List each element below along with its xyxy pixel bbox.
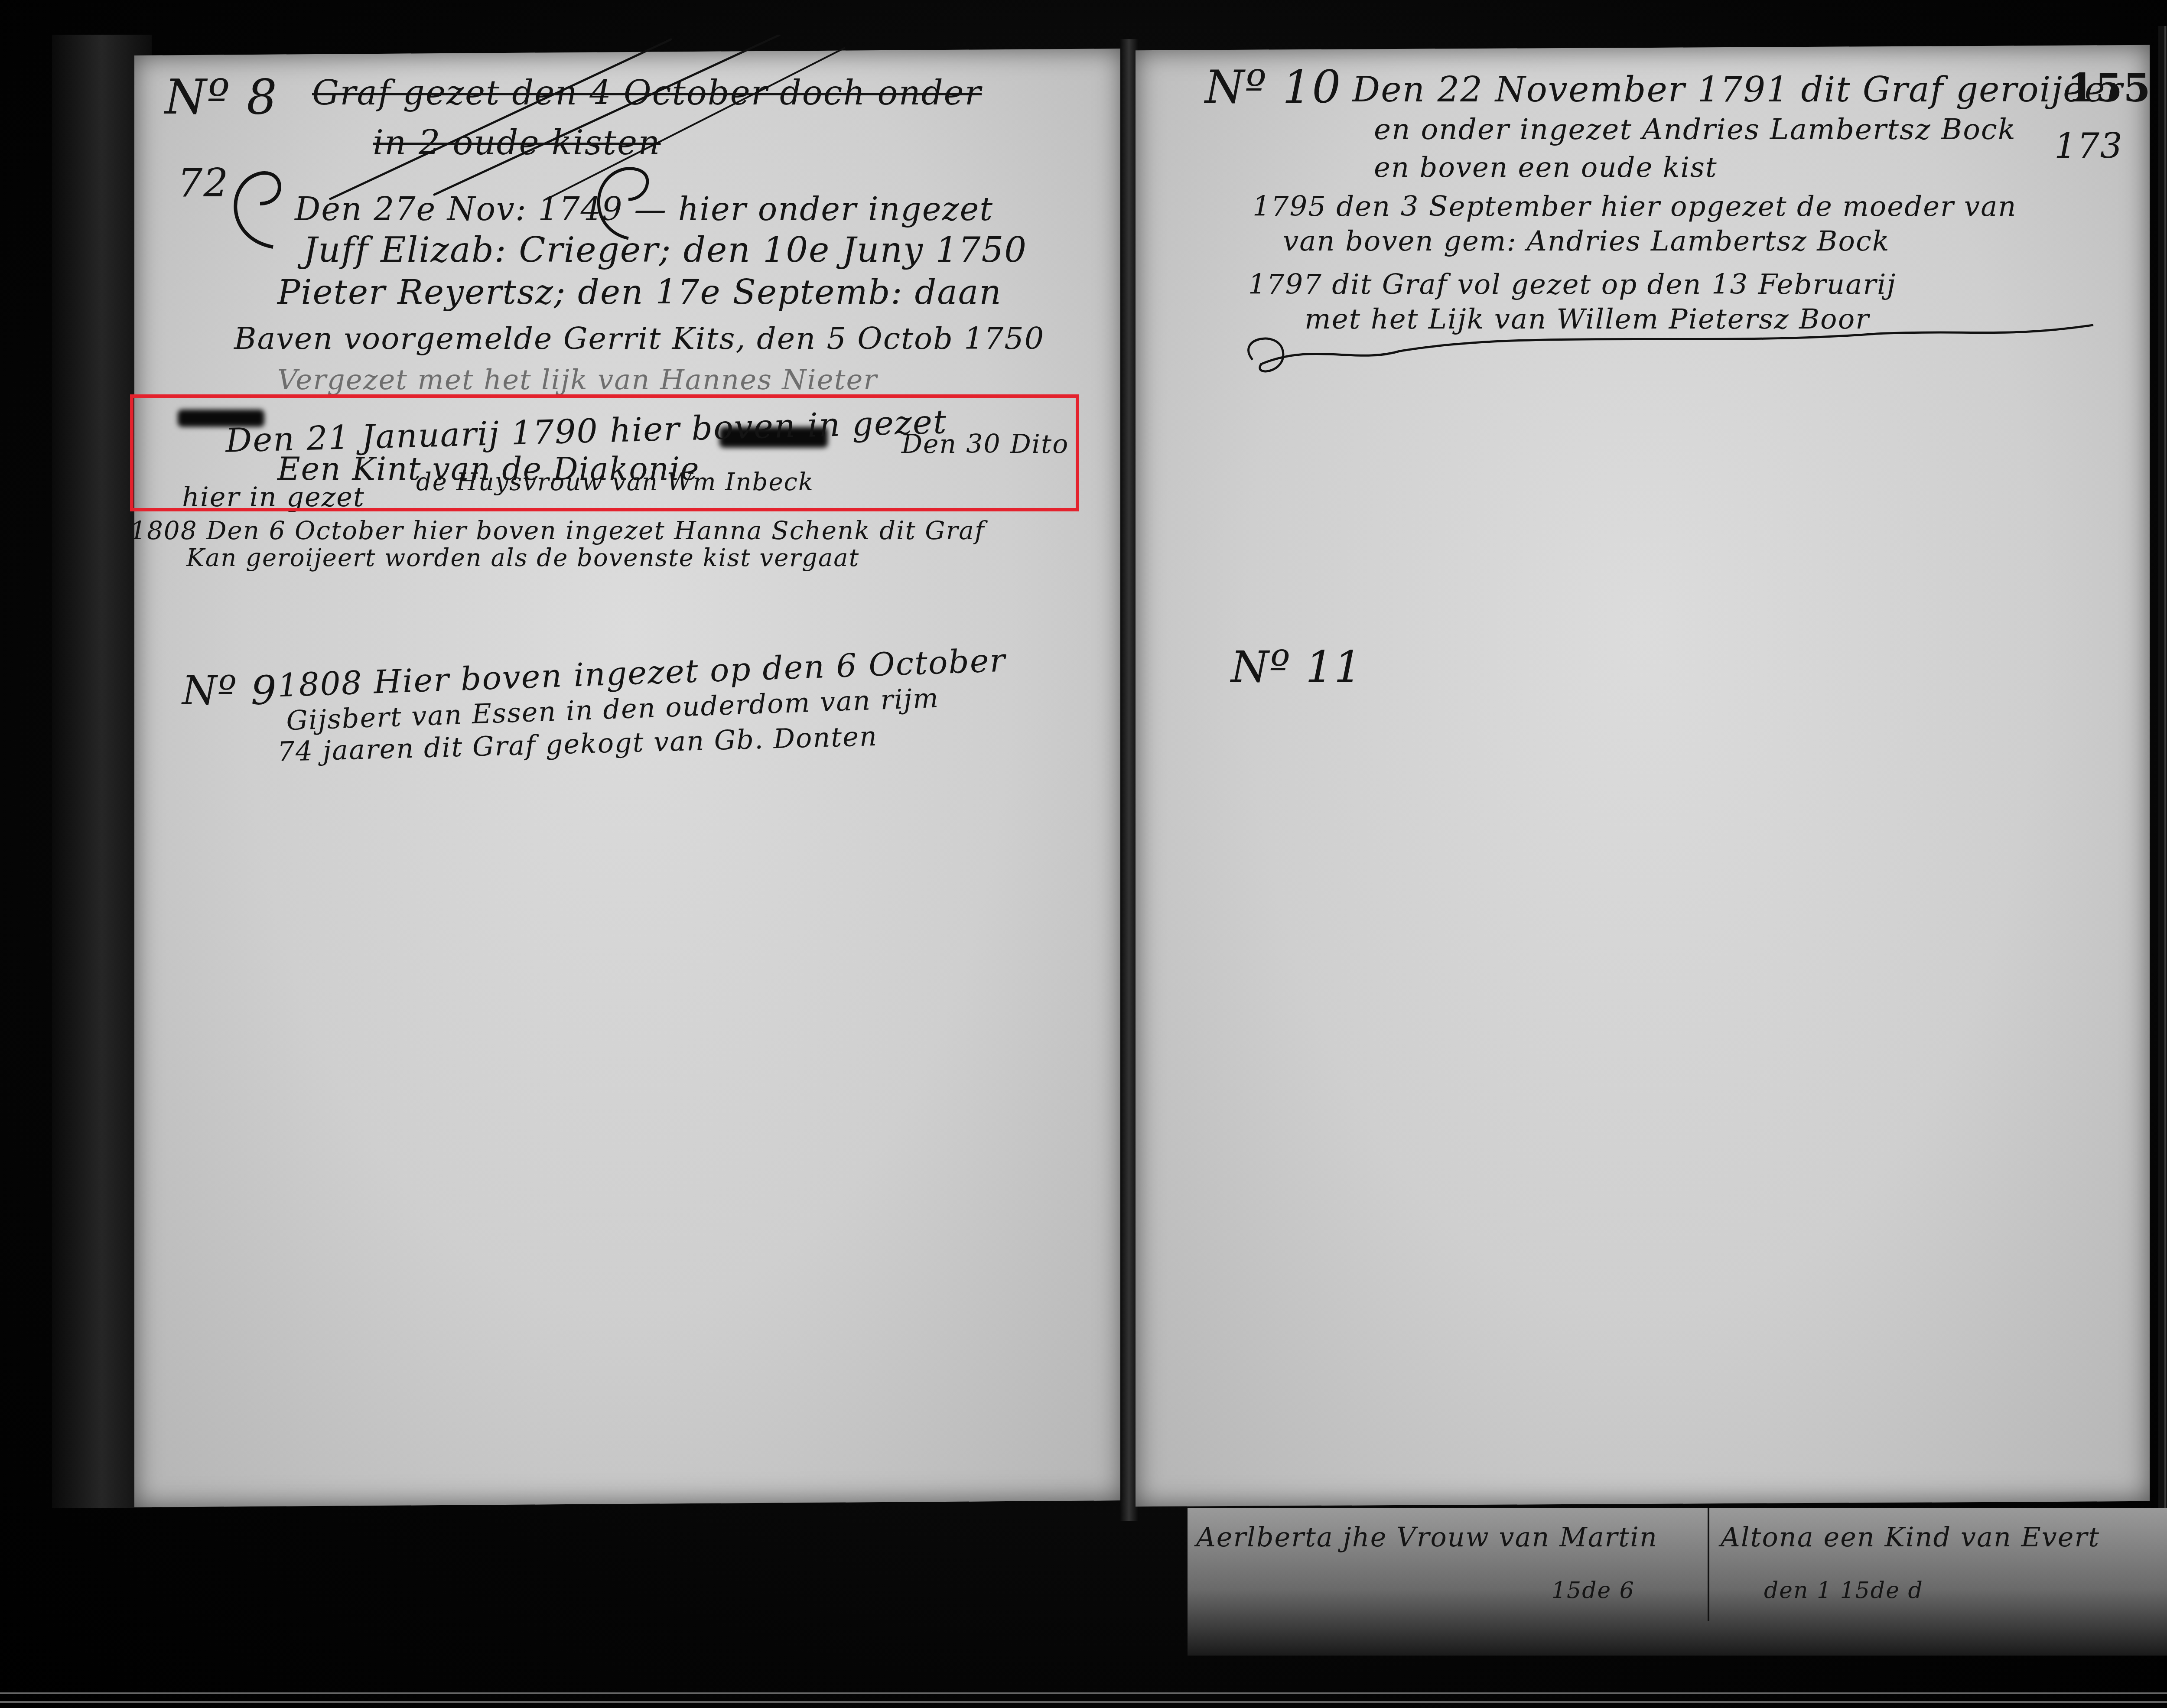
underlying-fragment-left: Aerlberta jhe Vrouw van Martin <box>1196 1521 1658 1553</box>
scan-bottom-line-2 <box>0 1701 2167 1703</box>
decorative-flourish-left-top <box>173 74 693 256</box>
line-1749-4: Baven voorgemelde Gerrit Kits, den 5 Oct… <box>234 321 1044 356</box>
line-1808-2: Kan geroijeert worden als de bovenste ki… <box>186 544 859 572</box>
right-page <box>1136 45 2150 1506</box>
line-1749-2: Juff Elizab: Crieger; den 10e Juny 1750 <box>303 230 1027 270</box>
book-edge-right <box>2158 26 2167 1521</box>
entry-10-number: Nº 10 <box>1205 61 1341 114</box>
highlight-box <box>130 394 1079 511</box>
book-gutter <box>1120 39 1138 1521</box>
entry-10-line-4: 1795 den 3 September hier opgezet de moe… <box>1253 191 2017 223</box>
line-1749-1: Den 27e Nov: 1749 — hier onder ingezet <box>295 191 993 228</box>
underlying-fragment-right-2: den 1 15de d <box>1764 1578 1923 1604</box>
underlying-page-divider <box>1708 1508 1709 1621</box>
entry-10-line-3: en boven een oude kist <box>1374 152 1718 184</box>
underlying-fragment-left-2: 15de 6 <box>1552 1578 1635 1604</box>
line-1749-3: Pieter Reyertsz; den 17e Septemb: daan <box>277 273 1002 312</box>
entry-10-line-6: 1797 dit Graf vol gezet op den 13 Februa… <box>1248 269 1896 301</box>
line-1808-1: 1808 Den 6 October hier boven ingezet Ha… <box>130 516 985 545</box>
entry-10-line-2: en onder ingezet Andries Lambertsz Bock <box>1374 113 2016 146</box>
faint-line: Vergezet met het lijk van Hannes Nieter <box>277 364 878 396</box>
entry-10-line-5: van boven gem: Andries Lambertsz Bock <box>1283 225 1890 257</box>
entry-9-number: Nº 9 <box>182 667 277 714</box>
scan-bottom-line-1 <box>0 1692 2167 1694</box>
right-margin-number: 173 <box>2054 126 2123 166</box>
decorative-flourish-right <box>1227 312 2137 390</box>
entry-10-line-1: Den 22 November 1791 dit Graf geroijeer <box>1352 69 2123 110</box>
entry-11-number: Nº 11 <box>1231 641 1363 692</box>
underlying-fragment-right: Altona een Kind van Evert <box>1721 1521 2100 1553</box>
